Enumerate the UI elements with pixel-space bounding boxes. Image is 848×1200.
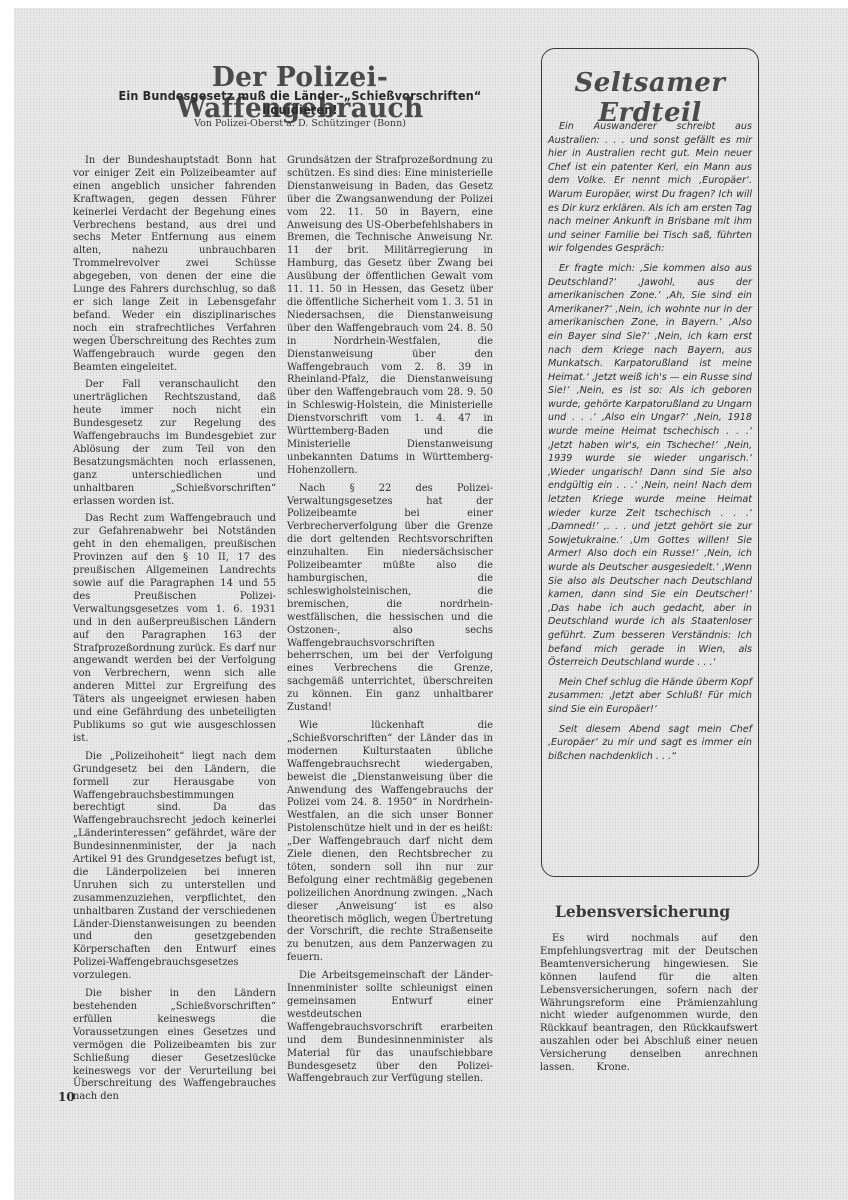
article-paragraph: Wie lückenhaft die „Schießvorschriften“ … bbox=[287, 720, 493, 965]
sidebar-paragraph: Seit diesem Abend sagt mein Chef ‚Europä… bbox=[548, 723, 752, 764]
article-paragraph: Das Recht zum Waffengebrauch und zur Gef… bbox=[73, 513, 276, 745]
sidebar-paragraph: Ein Auswanderer schreibt aus Australien:… bbox=[548, 120, 752, 256]
sidebar-paragraph: Mein Chef schlug die Hände überm Kopf zu… bbox=[548, 676, 752, 717]
sidebar-box-title: Seltsamer Erdteil bbox=[548, 68, 752, 128]
article-byline: Von Polizei-Oberst a. D. Schützinger (Bo… bbox=[60, 118, 540, 129]
article-paragraph: In der Bundeshauptstadt Bonn hat vor ein… bbox=[73, 155, 276, 374]
article-paragraph: Nach § 22 des Polizei-Verwaltungsgesetze… bbox=[287, 483, 493, 715]
side-article-heading: Lebensversicherung bbox=[555, 902, 755, 921]
article-paragraph: Die Arbeitsgemeinschaft der Länder-Innen… bbox=[287, 970, 493, 1086]
article-column-1: In der Bundeshauptstadt Bonn hat vor ein… bbox=[73, 155, 276, 1109]
side-article-paragraph: Es wird nochmals auf den Empfehlungsvert… bbox=[540, 933, 758, 1073]
side-article-body: Es wird nochmals auf den Empfehlungsvert… bbox=[540, 933, 758, 1075]
article-paragraph: Grundsätzen der Strafprozeßordnung zu sc… bbox=[287, 155, 493, 478]
article-paragraph: Die „Polizeihoheit“ liegt nach dem Grund… bbox=[73, 751, 276, 983]
article-column-2: Grundsätzen der Strafprozeßordnung zu sc… bbox=[287, 155, 493, 1091]
article-subheadline: Ein Bundesgesetz muß die Länder-„Schießv… bbox=[79, 89, 521, 117]
article-paragraph: Die bisher in den Ländern bestehenden „S… bbox=[73, 988, 276, 1104]
sidebar-box-body: Ein Auswanderer schreibt aus Australien:… bbox=[548, 120, 752, 769]
page-number: 10 bbox=[58, 1090, 75, 1104]
article-paragraph: Der Fall veranschaulicht den unerträglic… bbox=[73, 379, 276, 508]
sidebar-paragraph: Er fragte mich: ‚Sie kommen also aus Deu… bbox=[548, 262, 752, 670]
side-article-author: Krone. bbox=[597, 1062, 630, 1073]
